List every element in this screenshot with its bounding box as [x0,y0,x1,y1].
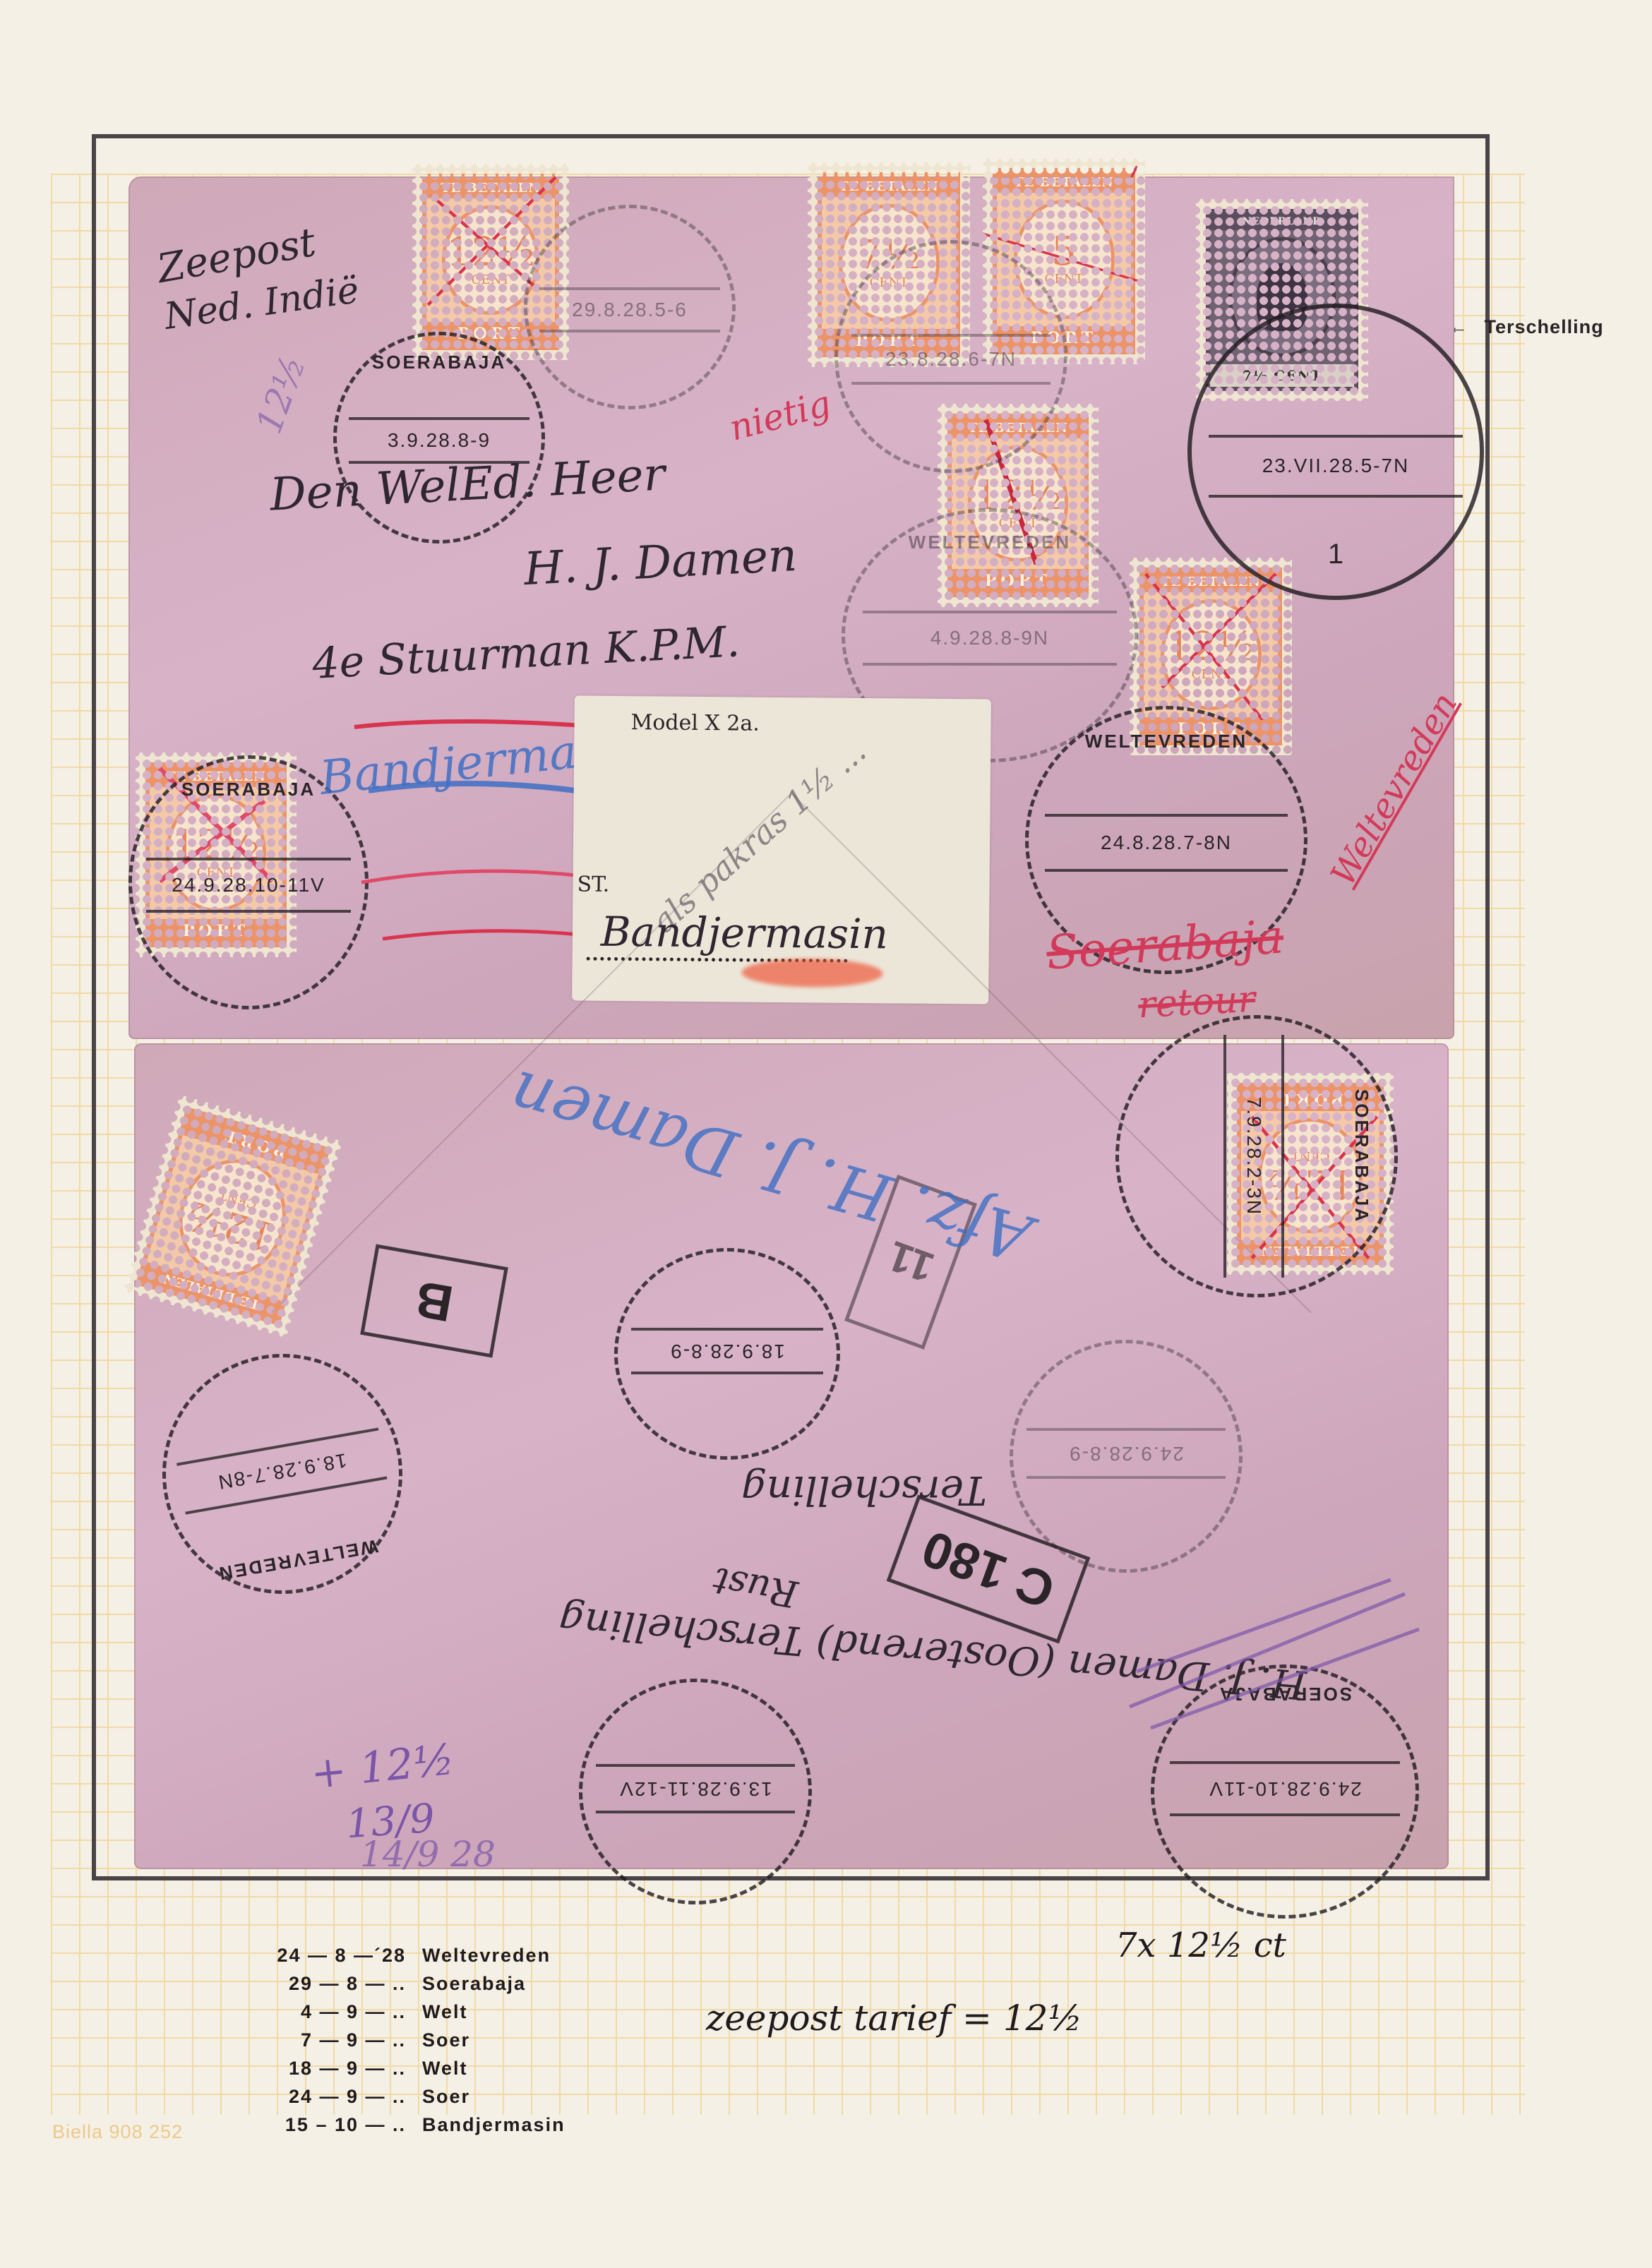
postmark-town: SOERABAJA [337,352,541,373]
sender-town: Terschelling [741,1467,987,1513]
stamp-value: 12½ [446,233,535,272]
side-note-text: Terschelling [1485,316,1604,337]
tariff-annotation: zeepost tarief = 12½ [706,1998,1082,2039]
address-line-3: 4e Stuurman K.P.M. [311,617,741,689]
route-place: Weltevreden [422,1945,551,1967]
postmark: 13.9.28.11-12V [579,1679,812,1904]
postmark-date: 18.9.28.7-8N [176,1427,388,1514]
postmark-town: WELTEVREDEN [181,1528,414,1590]
postmark-date: 23.8.28.6-7N [851,334,1051,385]
postmark: 23.8.28.6-7N [834,240,1067,473]
postmark: 23.VII.28.5-7N 1 [1187,304,1484,600]
postmark-date: 29.8.28.5-6 [539,287,719,332]
label-fragment: ST. [577,872,609,896]
stamp-header: TE BETALEN [822,176,956,197]
postmark-date: 24.9.28.8-9 [1026,1428,1226,1479]
postmark: 29.8.28.5-6 [524,205,736,409]
postmark-date: 24.9.28.10-11V [1170,1761,1400,1816]
postmark-date: 4.9.28.8-9N [863,611,1118,666]
stamp-header: TE BETALEN [426,178,555,198]
postmark-date: 24.9.28.10-11V [146,858,351,913]
postmark: 18.9.28.8-9 [614,1248,840,1460]
postmark-date: 18.9.28.8-9 [631,1328,824,1374]
postmark-date: 13.9.28.11-12V [596,1764,795,1813]
envelope-back: TE BETALEN 12½CENT PORT TE BETALEN 12½CE… [134,1043,1449,1869]
album-brand-label: Biella 908 252 [52,2121,183,2143]
route-date: 15 – 10 — .. [285,2114,406,2136]
postmark-town: WELTEVREDEN [1029,731,1304,752]
route-date: 29 — 8 — .. [289,1973,406,1995]
route-place: Bandjermasin [422,2114,565,2136]
stamp-unit: CENT [1192,667,1231,682]
route-date: 7 — 9 — .. [301,2029,406,2051]
stamp-count-annotation: 7x 12½ ct [1115,1926,1286,1965]
stamp-header: NEDERLAND [1210,213,1354,230]
postmark-town: WELTEVREDEN [845,532,1135,553]
pencil-note: + 12½ [309,1735,457,1799]
route-date: 24 — 9 — .. [289,2086,406,2108]
stamp-oval: 12½CENT [1161,599,1262,710]
route-place: Soer [422,2029,470,2051]
postmark-town: SOERABAJA [1351,1019,1372,1294]
postmark-date: 7.9.28.2-3N [1223,1035,1284,1277]
address-line-2: H. J. Damen [522,529,798,596]
stamp-oval: 12½CENT [165,1146,299,1289]
route-date: 18 — 9 — .. [289,2058,406,2080]
stamp-header: TE BETALEN [997,172,1131,193]
stamp-value: 12½ [1166,628,1255,667]
route-place: Welt [422,2001,468,2023]
label-title: Model X 2a. [630,710,760,736]
route-place: Welt [422,2058,468,2080]
route-place: Soer [422,2086,470,2108]
side-note: ← Terschelling [1449,316,1604,338]
pencil-mark: 12½ [249,350,314,438]
postmark-number: 1 [1192,539,1480,570]
stamp-value: 5 [1051,232,1077,272]
stamp-unit: CENT [472,272,510,287]
address-line-1: Den WelEd. Heer [268,448,666,521]
route-place: Soerabaja [422,1973,526,1995]
route-date: 4 — 9 — .. [301,2001,406,2023]
red-note: nietig [725,383,835,449]
postmark-date: 24.8.28.7-8N [1045,814,1287,872]
postmark-date: 23.VII.28.5-7N [1209,435,1462,498]
route-date: 24 — 8 —´28 [277,1945,406,1967]
pencil-note: 14/9 28 [360,1834,496,1875]
red-note: Weltevreden [1323,686,1465,892]
stamp-unit: CENT [1045,272,1084,287]
postmark: 24.9.28.8-9 [1010,1340,1243,1573]
postmark: SOERABAJA 7.9.28.2-3N [1115,1015,1398,1297]
